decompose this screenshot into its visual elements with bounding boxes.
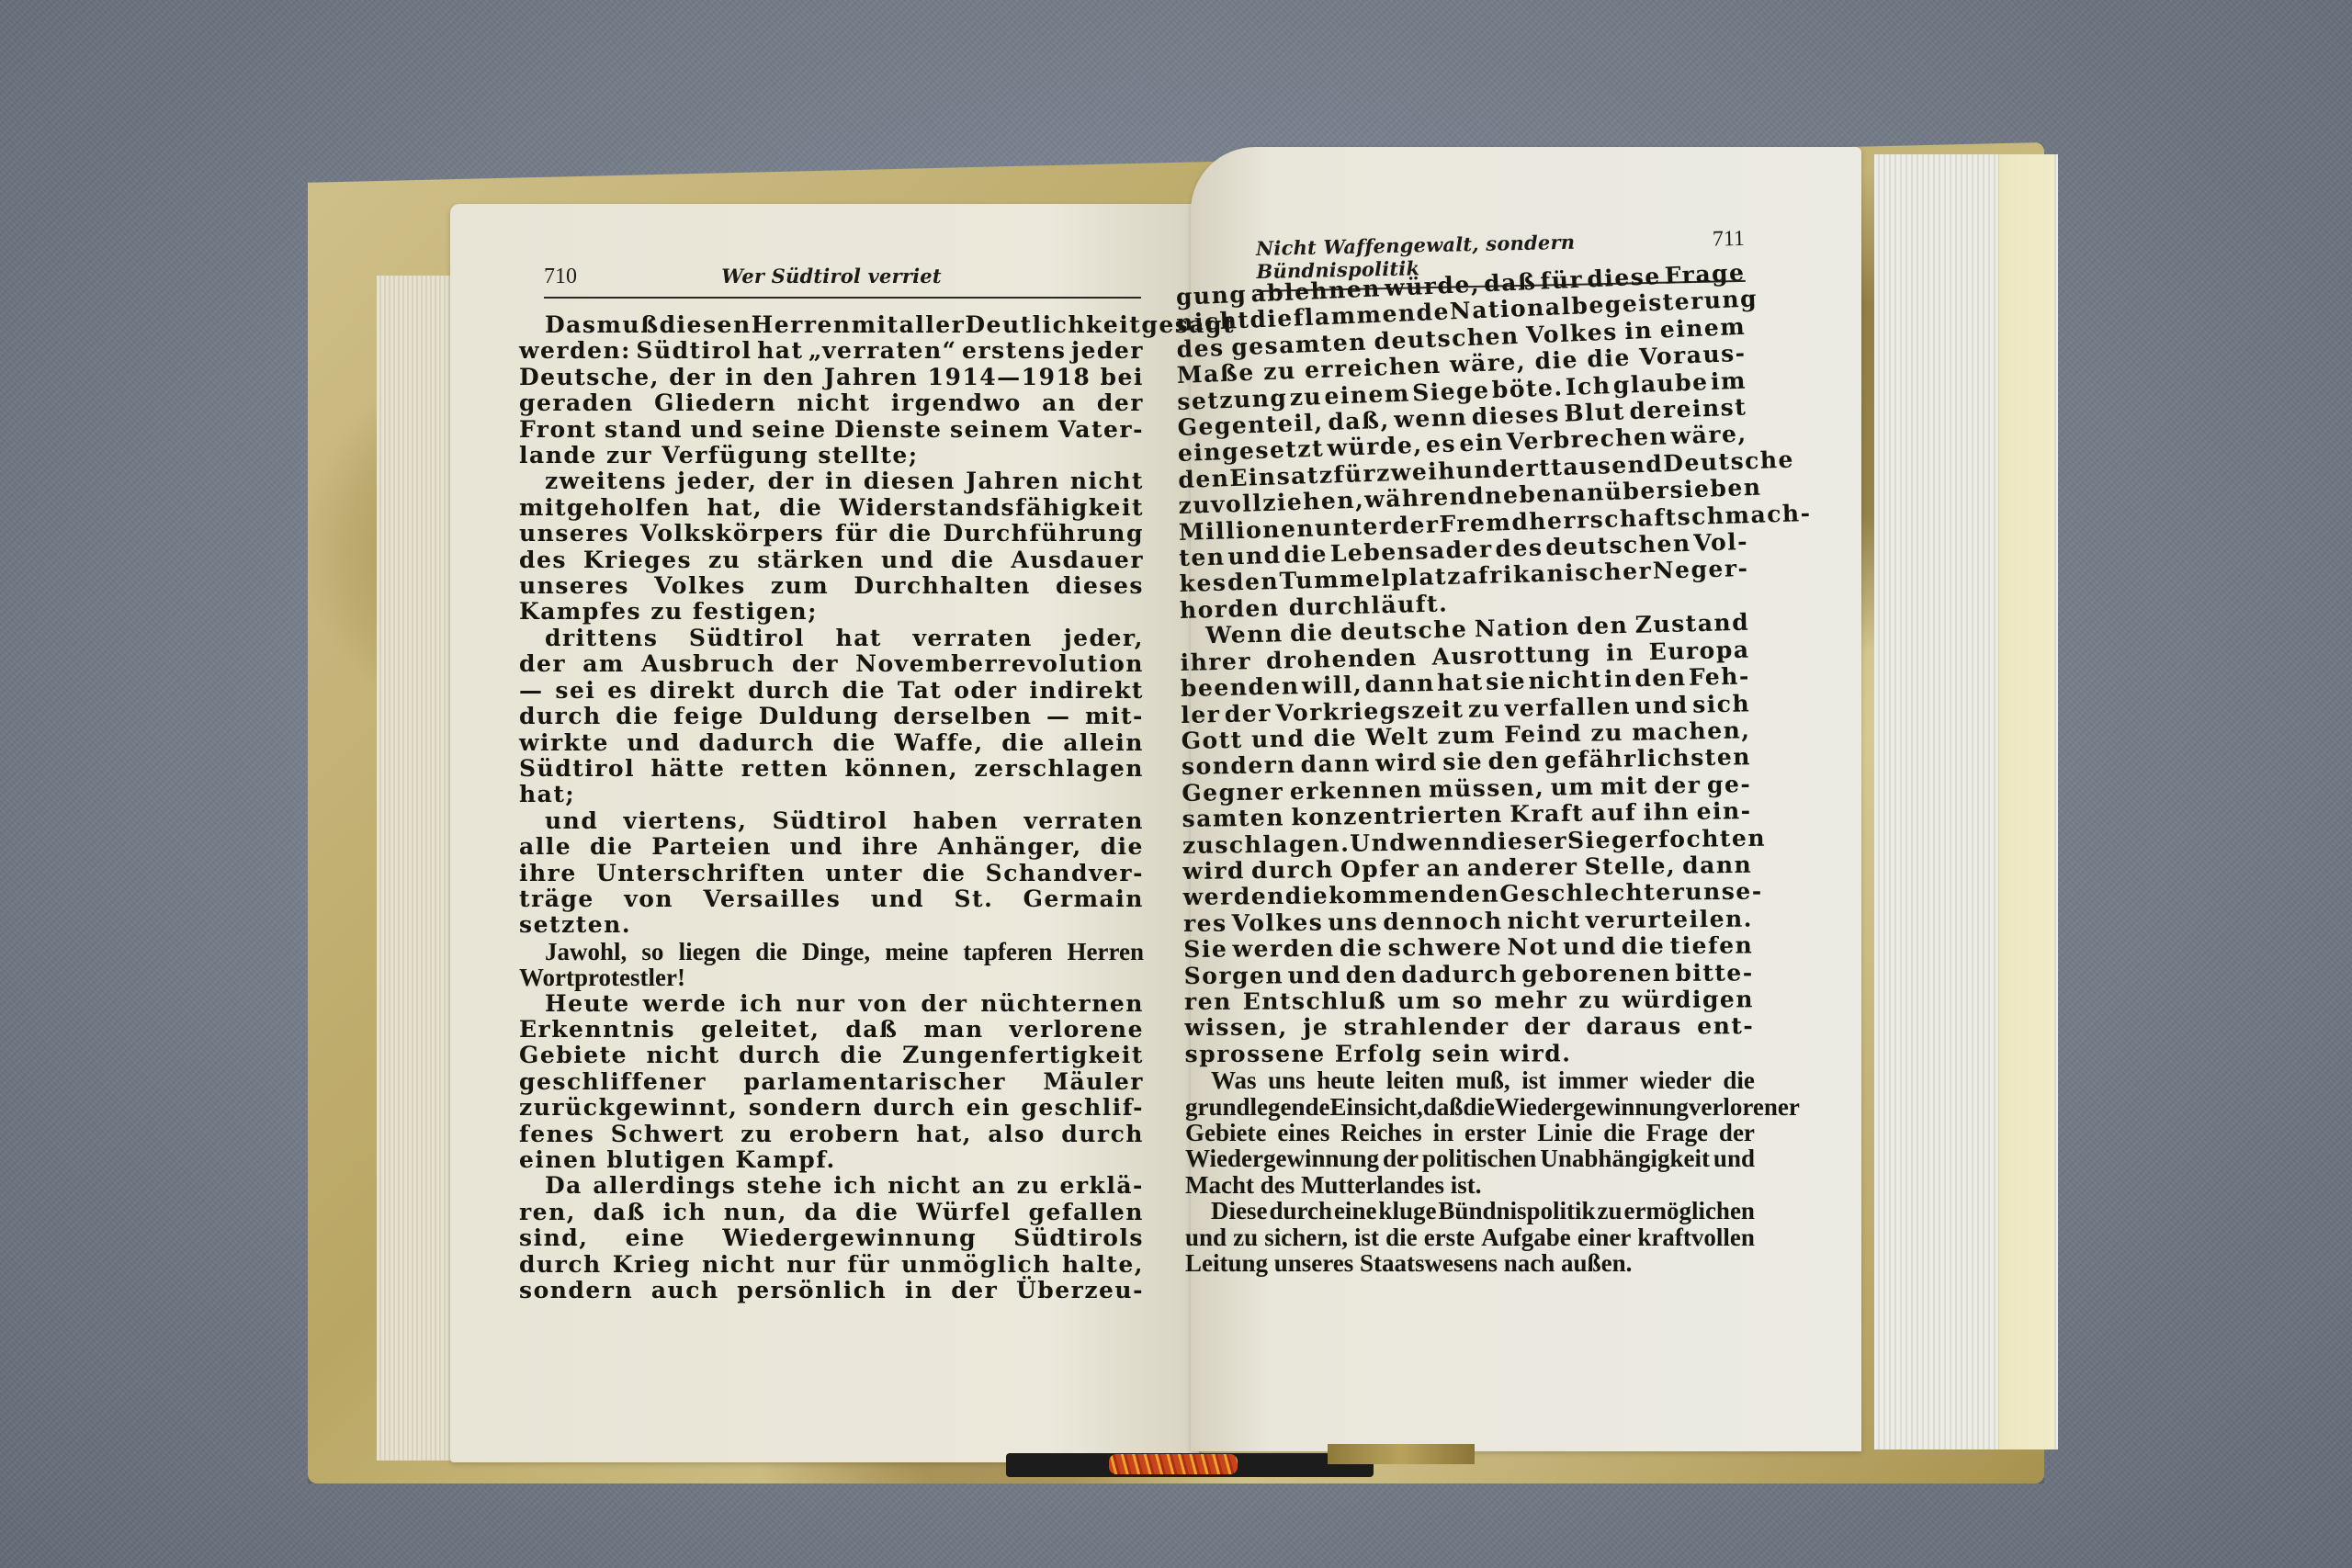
left-page-body: DasmußdiesenHerrenmitallerDeutlichkeitge…: [519, 312, 1144, 1303]
text-line: undviertens,Südtirolhabenverraten: [519, 808, 1144, 834]
text-line: desKriegeszustärkenunddieAusdauer: [519, 547, 1144, 573]
text-line: WiedergewinnungderpolitischenUnabhängigk…: [1185, 1145, 1755, 1171]
text-line: sind,eineWiedergewinnungSüdtirols: [519, 1225, 1144, 1251]
text-line: ihreUnterschriftenunterdieSchandver-: [519, 861, 1144, 886]
text-line: einen blutigen Kampf.: [519, 1147, 1144, 1173]
text-line: durchdiefeigeDuldungderselben—mit-: [519, 704, 1144, 729]
text-line: DiesedurcheineklugeBündnispolitikzuermög…: [1185, 1198, 1755, 1224]
text-line: alledieParteienundihreAnhänger,die: [519, 834, 1144, 860]
text-line: Jawohl,soliegendieDinge,meinetapferenHer…: [519, 939, 1144, 964]
text-line: Südtirolhätterettenkönnen,zerschlagen: [519, 756, 1144, 782]
text-line: Kampfes zu festigen;: [519, 599, 1144, 625]
text-line: unseresVolkeszumDurchhaltendieses: [519, 573, 1144, 599]
text-line: Erkenntnisgeleitet,daßmanverlorene: [519, 1017, 1144, 1043]
right-page-body: gungablehnenwürde,daßfürdieseFragenichtd…: [1185, 285, 1755, 1276]
text-line: zurückgewinnt,sonderndurcheingeschlif-: [519, 1095, 1144, 1121]
text-line: unseresVolkskörpersfürdieDurchführung: [519, 521, 1144, 547]
endpaper: [1998, 154, 2054, 1450]
text-line: —seiesdirektdurchdieTatoderindirekt: [519, 678, 1144, 704]
text-line: SiewerdendieschwereNotunddietiefen: [1183, 933, 1753, 964]
text-line: fenesSchwertzuerobernhat,alsodurch: [519, 1122, 1144, 1147]
text-line: Daallerdingssteheichnichtanzuerklä-: [519, 1173, 1144, 1199]
text-line: grundlegendeEinsicht,daßdieWiedergewinnu…: [1185, 1094, 1755, 1120]
text-line: Wortprotestler!: [519, 964, 1144, 990]
text-line: wirkteunddadurchdieWaffe,dieallein: [519, 730, 1144, 756]
text-line: Heutewerdeichnurvondernüchternen: [519, 991, 1144, 1017]
spine-cover-edge: [1328, 1444, 1475, 1464]
text-line: durchKriegnichtnurfürunmöglichhalte,: [519, 1252, 1144, 1278]
text-line: Wasunsheuteleitenmuß,istimmerwiederdie: [1185, 1067, 1755, 1093]
text-line: sprossene Erfolg sein wird.: [1185, 1041, 1755, 1067]
text-line: werden:Südtirolhat„verraten“erstensjeder: [519, 338, 1144, 364]
text-line: Deutsche,derindenJahren1914—1918bei: [519, 365, 1144, 390]
headband: [1109, 1454, 1238, 1474]
text-line: undzusichern,istdieersteAufgabeeinerkraf…: [1185, 1224, 1755, 1250]
left-running-head: 710 Wer Südtirol verriet: [544, 265, 1141, 299]
text-line: renEntschlußumsomehrzuwürdigen: [1184, 987, 1754, 1015]
text-line: zweitensjeder,derindiesenJahrennicht: [519, 468, 1144, 494]
text-line: sondernauchpersönlichinderÜberzeu-: [519, 1278, 1144, 1303]
text-line: ren,daßichnun,dadieWürfelgefallen: [519, 1200, 1144, 1225]
text-line: Macht des Mutterlandes ist.: [1185, 1172, 1755, 1198]
text-line: mitgeholfenhat,dieWiderstandsfähigkeit: [519, 495, 1144, 521]
text-line: geschliffenerparlamentarischerMäuler: [519, 1069, 1144, 1095]
text-line: setzten.: [519, 912, 1144, 938]
text-line: Leitung unseres Staatswesens nach außen.: [1185, 1250, 1755, 1276]
text-line: GebieteeinesReichesinersterLiniedieFrage…: [1185, 1120, 1755, 1145]
text-line: hat;: [519, 782, 1144, 807]
text-line: deramAusbruchderNovemberrevolution: [519, 651, 1144, 677]
right-page-number: 711: [1713, 227, 1746, 253]
text-line: geradenGliedernnichtirgendwoander: [519, 390, 1144, 416]
text-line: GebietenichtdurchdieZungenfertigkeit: [519, 1043, 1144, 1068]
text-line: wissen,jestrahlenderderdarausent-: [1184, 1014, 1754, 1042]
left-page-number: 710: [544, 265, 577, 289]
text-line: FrontstandundseineDiensteseinemVater-: [519, 417, 1144, 443]
left-page-edges: [377, 276, 452, 1461]
text-line: Sorgenunddendadurchgeborenenbitte-: [1184, 960, 1754, 989]
text-line: resVolkesunsdennochnichtverurteilen.: [1183, 906, 1753, 937]
text-line: trägevonVersaillesundSt.Germain: [519, 886, 1144, 912]
text-line: drittensSüdtirolhatverratenjeder,: [519, 626, 1144, 651]
left-running-title: Wer Südtirol verriet: [721, 265, 942, 288]
text-line: lande zur Verfügung stellte;: [519, 443, 1144, 468]
text-line: DasmußdiesenHerrenmitallerDeutlichkeitge…: [519, 312, 1144, 338]
